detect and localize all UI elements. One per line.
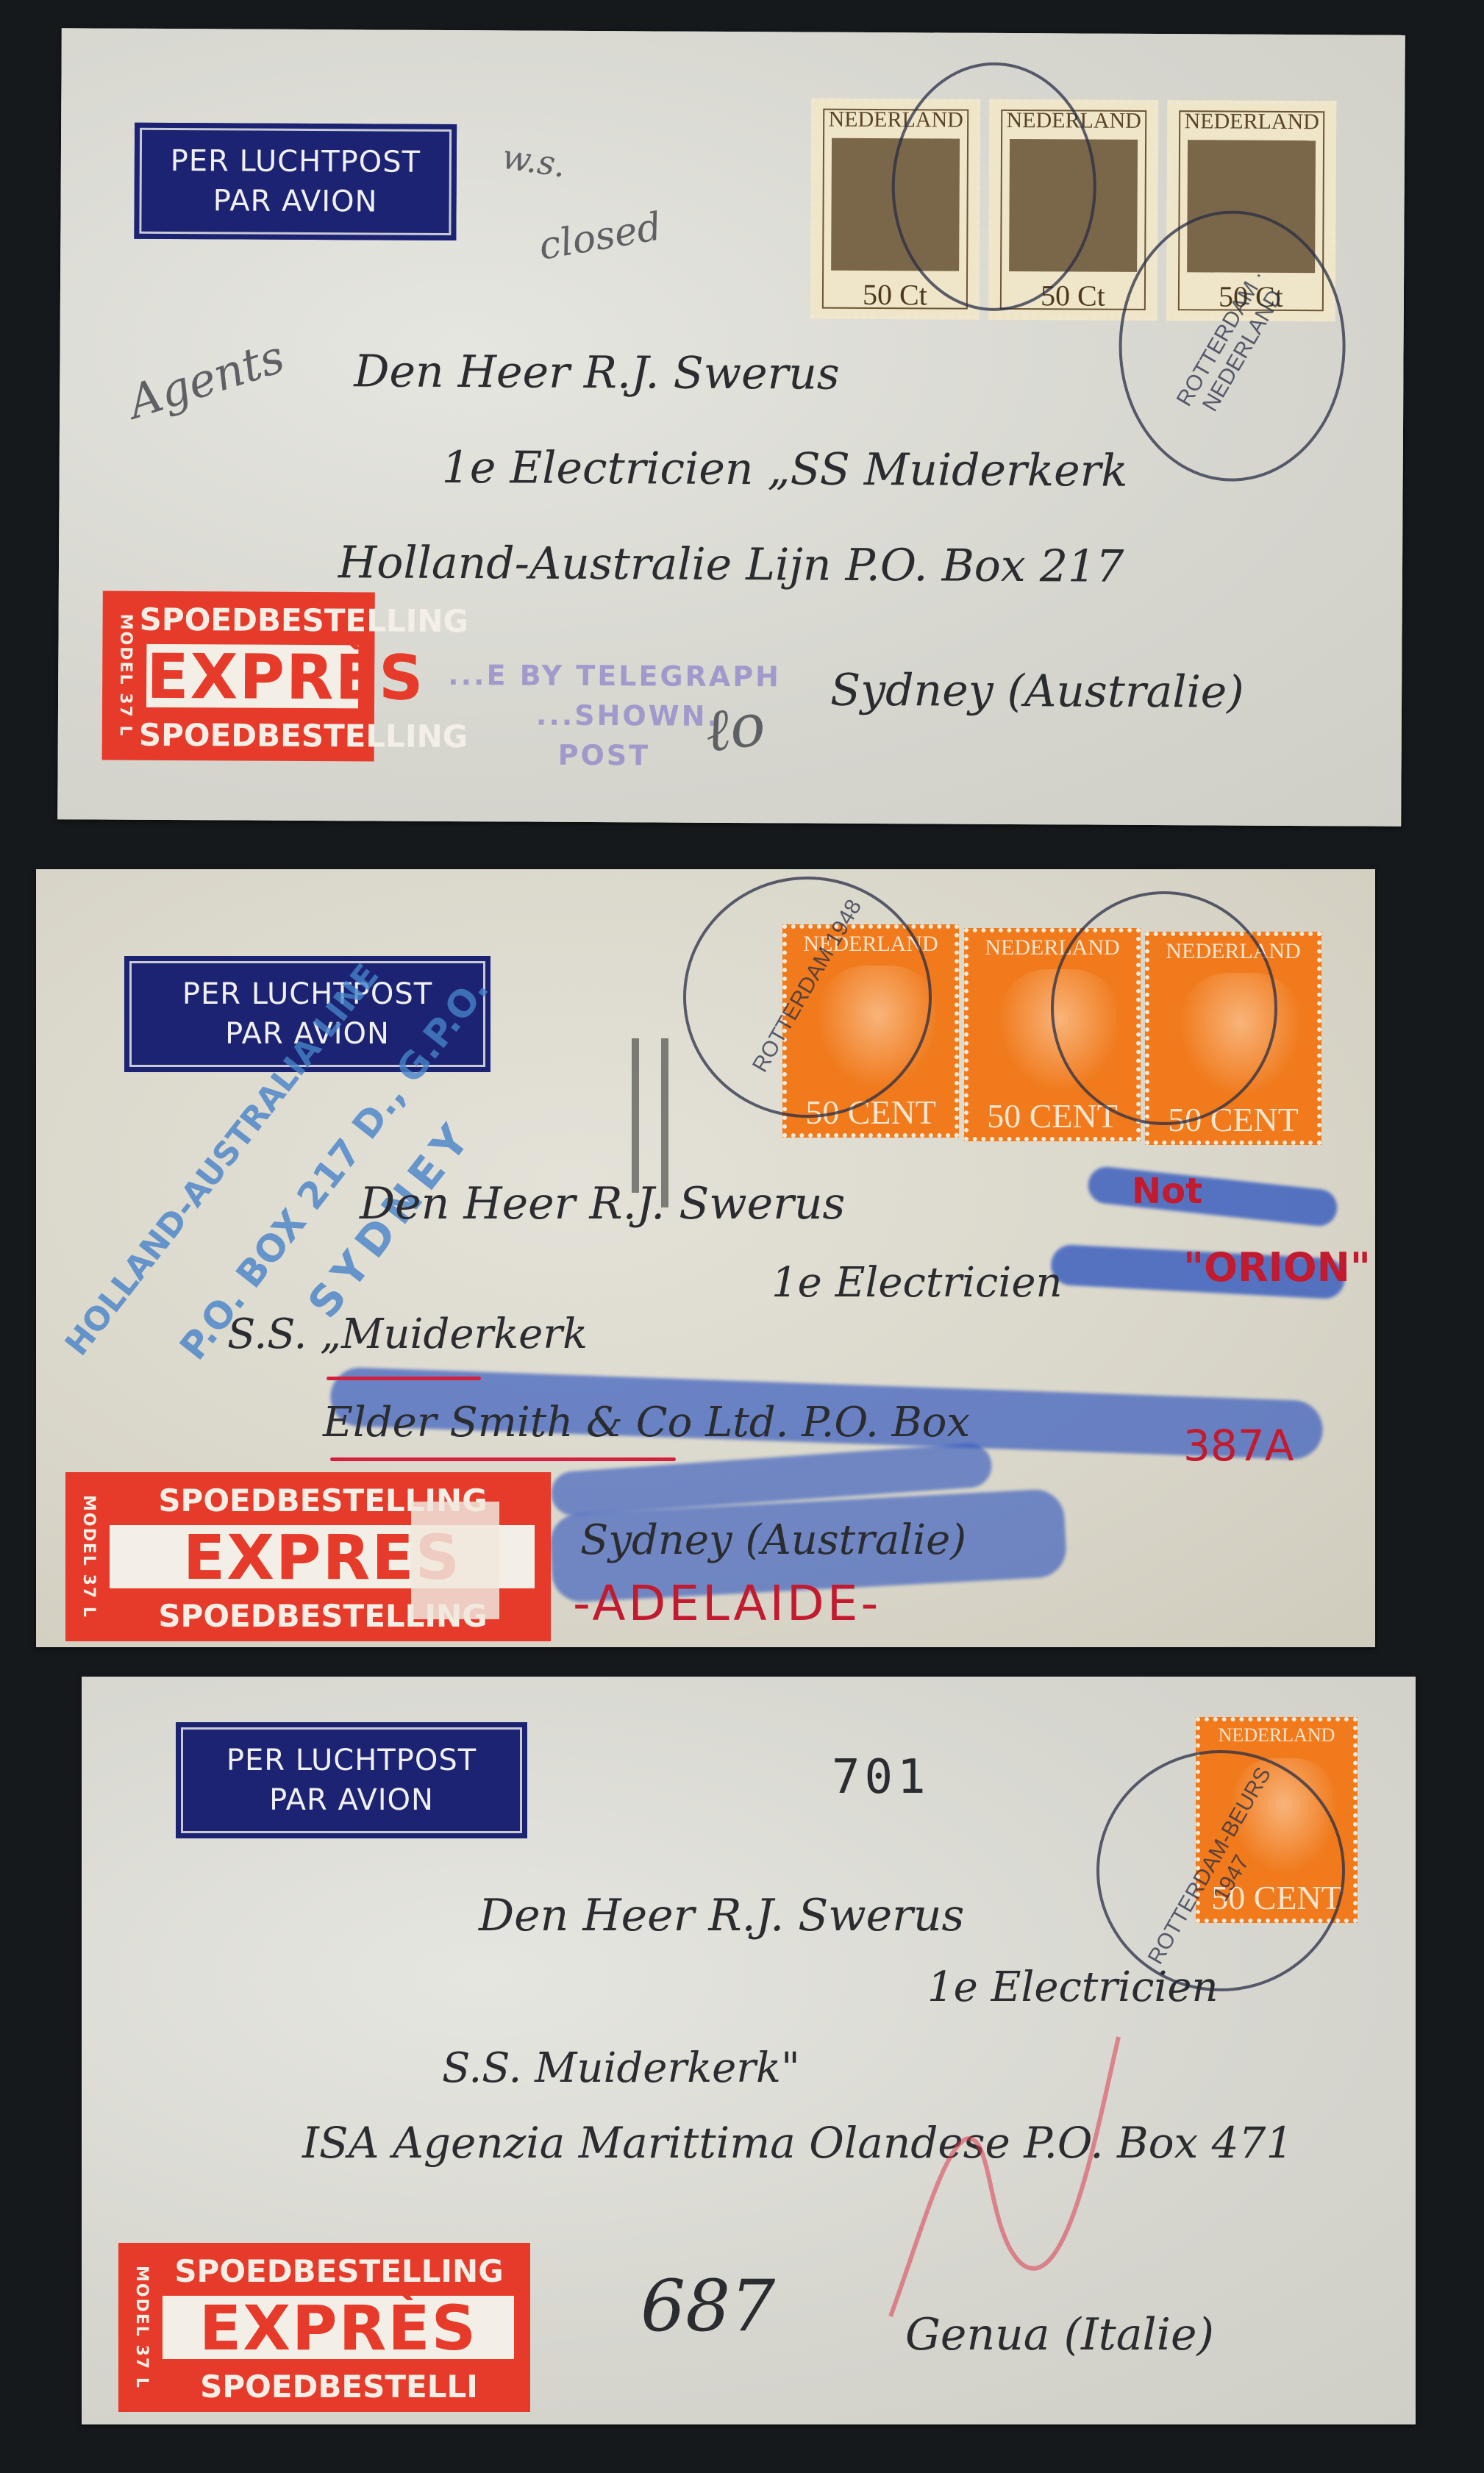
pencil-note-closed: closed xyxy=(535,204,665,268)
number-mark: 701 xyxy=(832,1750,930,1805)
airmail-label: PER LUCHTPOST PAR AVION xyxy=(176,1722,527,1838)
postmark: ROTTERDAM 1948 xyxy=(683,877,932,1118)
address-line: Sydney (Australie) xyxy=(580,1516,966,1564)
red-annotation-adelaide: -ADELAIDE- xyxy=(573,1575,881,1632)
express-label: MODEL 37 L SPOEDBESTELLING EXPRÈS SPOEDB… xyxy=(102,591,375,762)
pencil-note-agents: Agents xyxy=(121,329,290,429)
pencil-scribble: ℓo xyxy=(701,690,769,766)
pencil-number: 687 xyxy=(641,2265,775,2347)
cover-3: PER LUCHTPOST PAR AVION 701 NEDERLAND 50… xyxy=(82,1677,1416,2424)
express-label-top: SPOEDBESTELLING xyxy=(139,602,367,639)
express-label-middle: EXPRÈS xyxy=(163,2296,514,2359)
address-line: Holland-Australie Lijn P.O. Box 217 xyxy=(338,537,1124,593)
airmail-label: PER LUCHTPOST PAR AVION xyxy=(134,123,457,240)
cover-1: PER LUCHTPOST PAR AVION w.s. closed Agen… xyxy=(57,28,1405,827)
postmark: ROTTERDAM-BEURS 1947 xyxy=(1096,1750,1345,1991)
red-annotation-box: 387A xyxy=(1183,1421,1294,1471)
cover-2: PER LUCHTPOST PAR AVION HOLLAND-AUSTRALI… xyxy=(36,869,1375,1647)
express-label-model: MODEL 37 L xyxy=(68,1472,98,1641)
express-label-bottom: SPOEDBESTELLI xyxy=(155,2369,523,2405)
stamp-country: NEDERLAND xyxy=(1171,109,1332,135)
express-label-bottom: SPOEDBESTELLING xyxy=(139,717,367,754)
pencil-note-ws: w.s. xyxy=(499,137,568,185)
express-label-middle: EXPRÈS xyxy=(146,644,358,709)
postmark: ROTTERDAM · NEDERLAND xyxy=(1119,210,1346,482)
postmark xyxy=(1051,891,1277,1125)
red-annotation-orion: "ORION" xyxy=(1183,1244,1371,1291)
address-line: Den Heer R.J. Swerus xyxy=(479,1890,964,1941)
airmail-label-line2: PAR AVION xyxy=(137,181,453,222)
address-line: Elder Smith & Co Ltd. P.O. Box xyxy=(323,1399,970,1446)
airmail-label-line1: PER LUCHTPOST xyxy=(138,141,454,182)
express-label-model: MODEL 37 L xyxy=(121,2243,151,2412)
address-line: 1e Electricien „SS Muiderkerk xyxy=(442,442,1128,497)
express-label-top: SPOEDBESTELLING xyxy=(155,2253,523,2289)
address-line: S.S. „Muiderkerk xyxy=(227,1310,588,1358)
address-line: Den Heer R.J. Swerus xyxy=(354,346,840,399)
airmail-label-line1: PER LUCHTPOST xyxy=(179,1741,524,1780)
address-line: S.S. Muiderkerk" xyxy=(442,2044,800,2092)
express-label-model: MODEL 37 L xyxy=(105,591,135,760)
express-label: MODEL 37 L SPOEDBESTELLING EXPRES SPOEDB… xyxy=(65,1472,551,1641)
postmark xyxy=(891,62,1097,311)
airmail-label-line2: PAR AVION xyxy=(179,1780,524,1820)
stamp-country: NEDERLAND xyxy=(1200,1724,1353,1746)
express-label: MODEL 37 L SPOEDBESTELLING EXPRÈS SPOEDB… xyxy=(118,2243,530,2412)
red-annotation-not: Not xyxy=(1132,1171,1202,1212)
address-line: Sydney (Australie) xyxy=(830,665,1244,718)
red-crayon-mark xyxy=(876,1971,1170,2338)
address-line: Den Heer R.J. Swerus xyxy=(360,1178,845,1230)
address-line: 1e Electricien xyxy=(771,1259,1063,1307)
